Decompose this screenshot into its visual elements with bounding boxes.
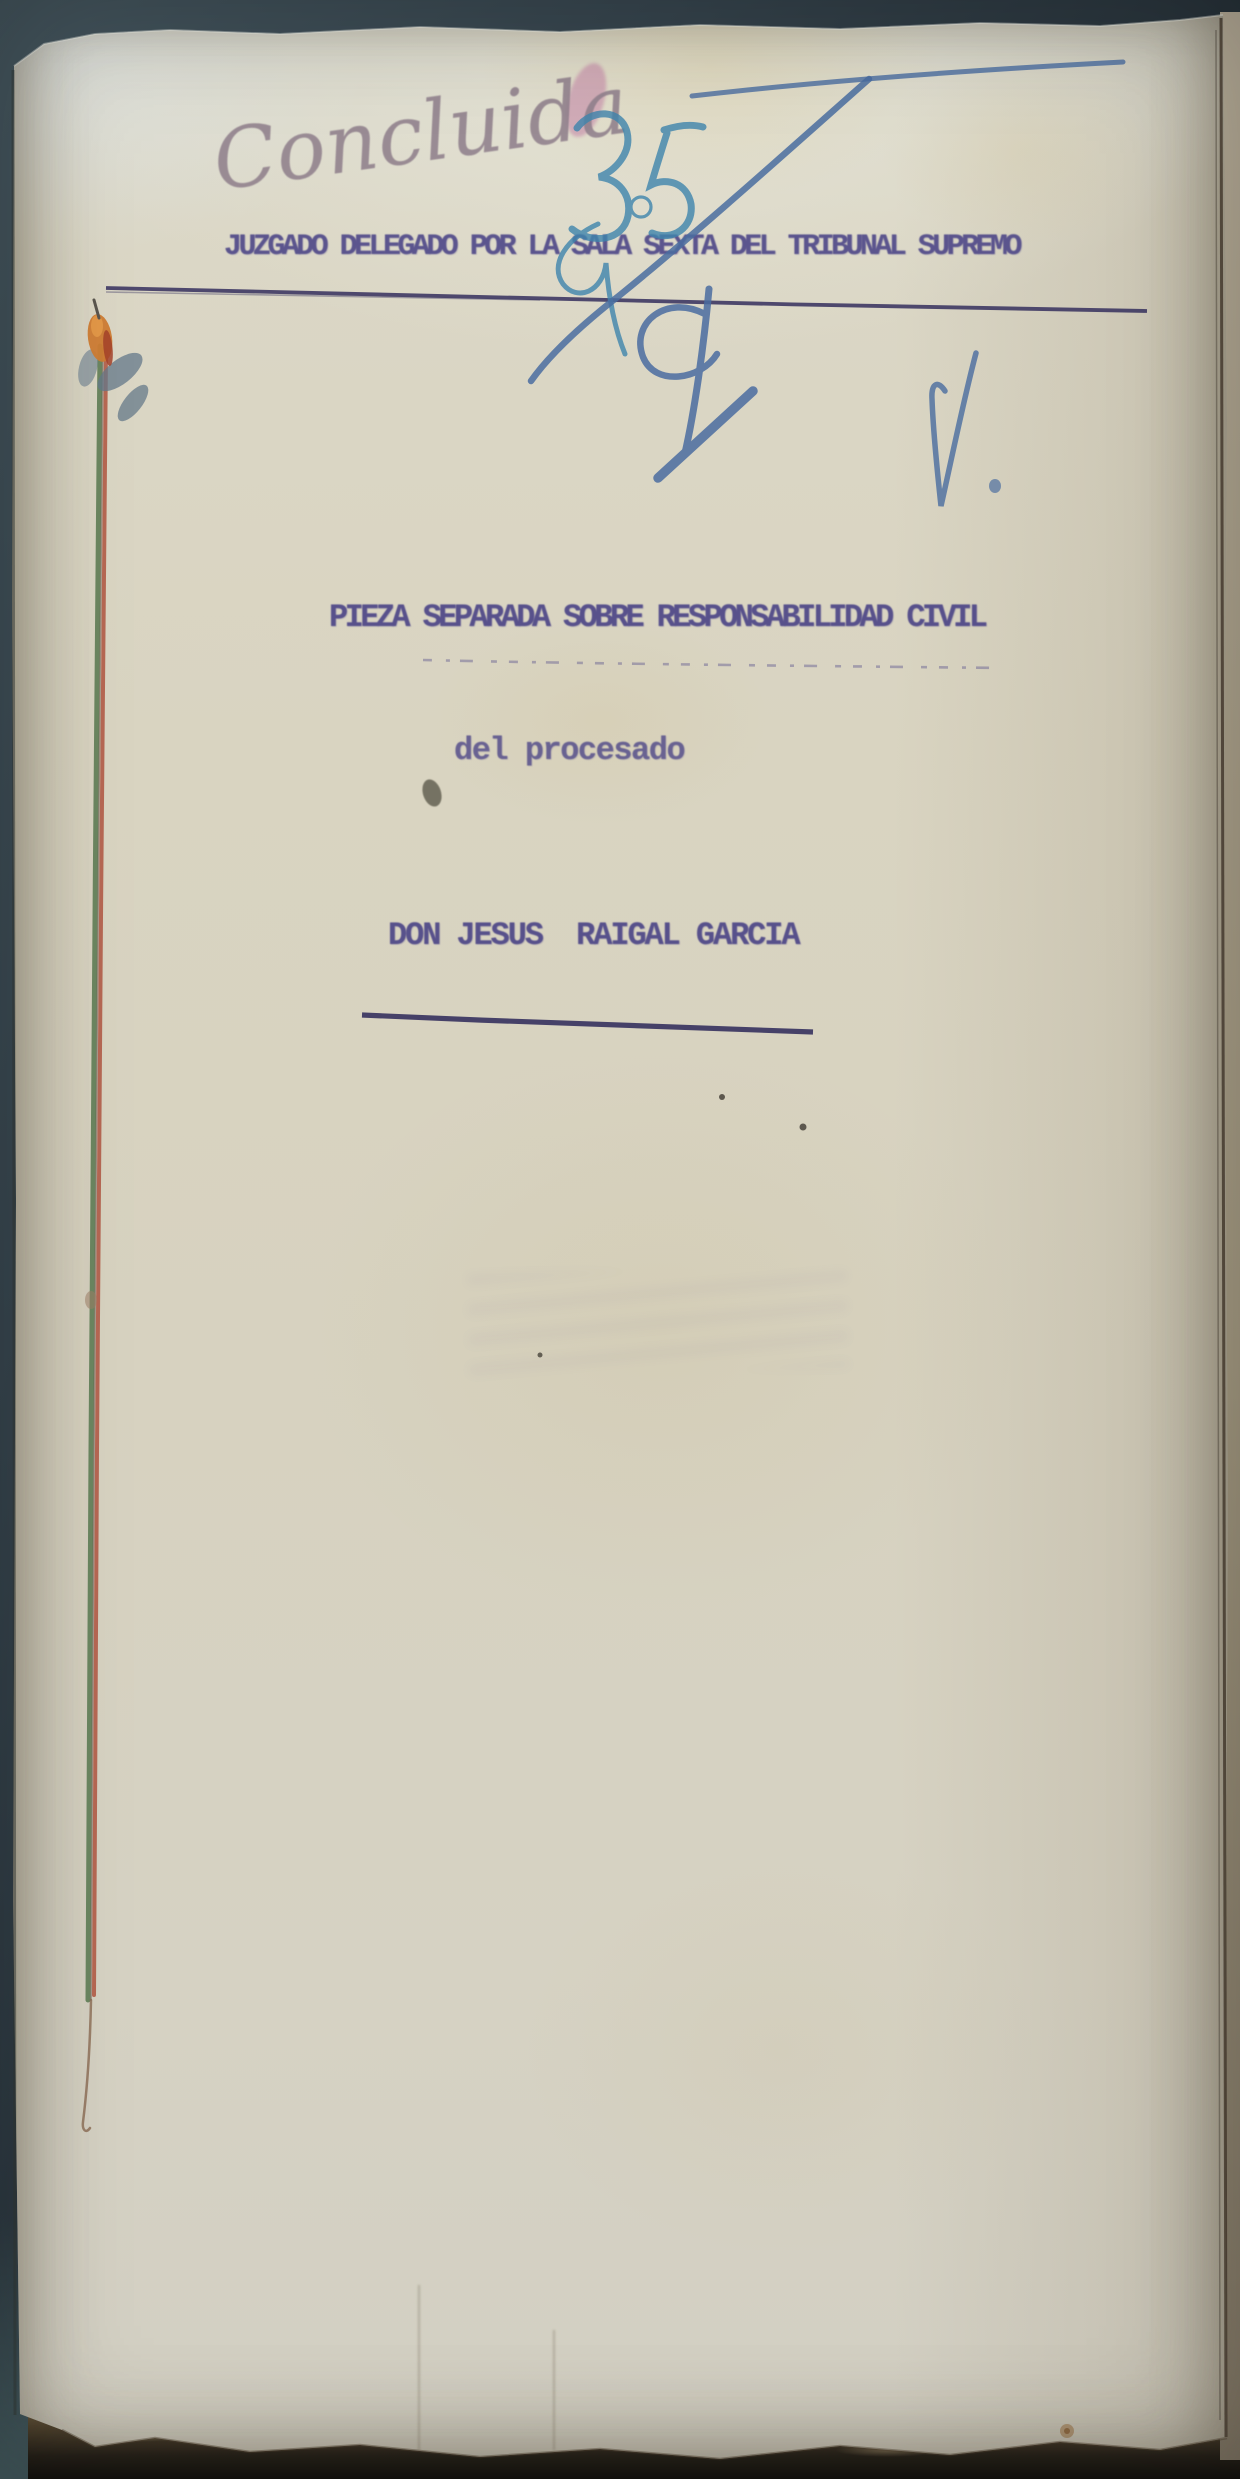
subtitle-line: del procesado — [454, 735, 684, 767]
paper-stain — [430, 615, 770, 825]
piece-title-line: PIEZA SEPARADA SOBRE RESPONSABILIDAD CIV… — [329, 602, 984, 634]
document-page: JUZGADO DELEGADO POR LA SALA SEXTA DEL T… — [0, 0, 1240, 2479]
paper-stain — [880, 55, 1160, 245]
paper-stain — [520, 1840, 1040, 2260]
court-header-line: JUZGADO DELEGADO POR LA SALA SEXTA DEL T… — [224, 232, 1019, 262]
paper-crease — [553, 2330, 555, 2450]
ink-bleed-through — [467, 1266, 849, 1376]
paper-crease — [418, 2285, 420, 2450]
defendant-name-line: DON JESUS RAIGAL GARCIA — [388, 920, 798, 952]
scanned-document-photo: JUZGADO DELEGADO POR LA SALA SEXTA DEL T… — [0, 0, 1240, 2479]
